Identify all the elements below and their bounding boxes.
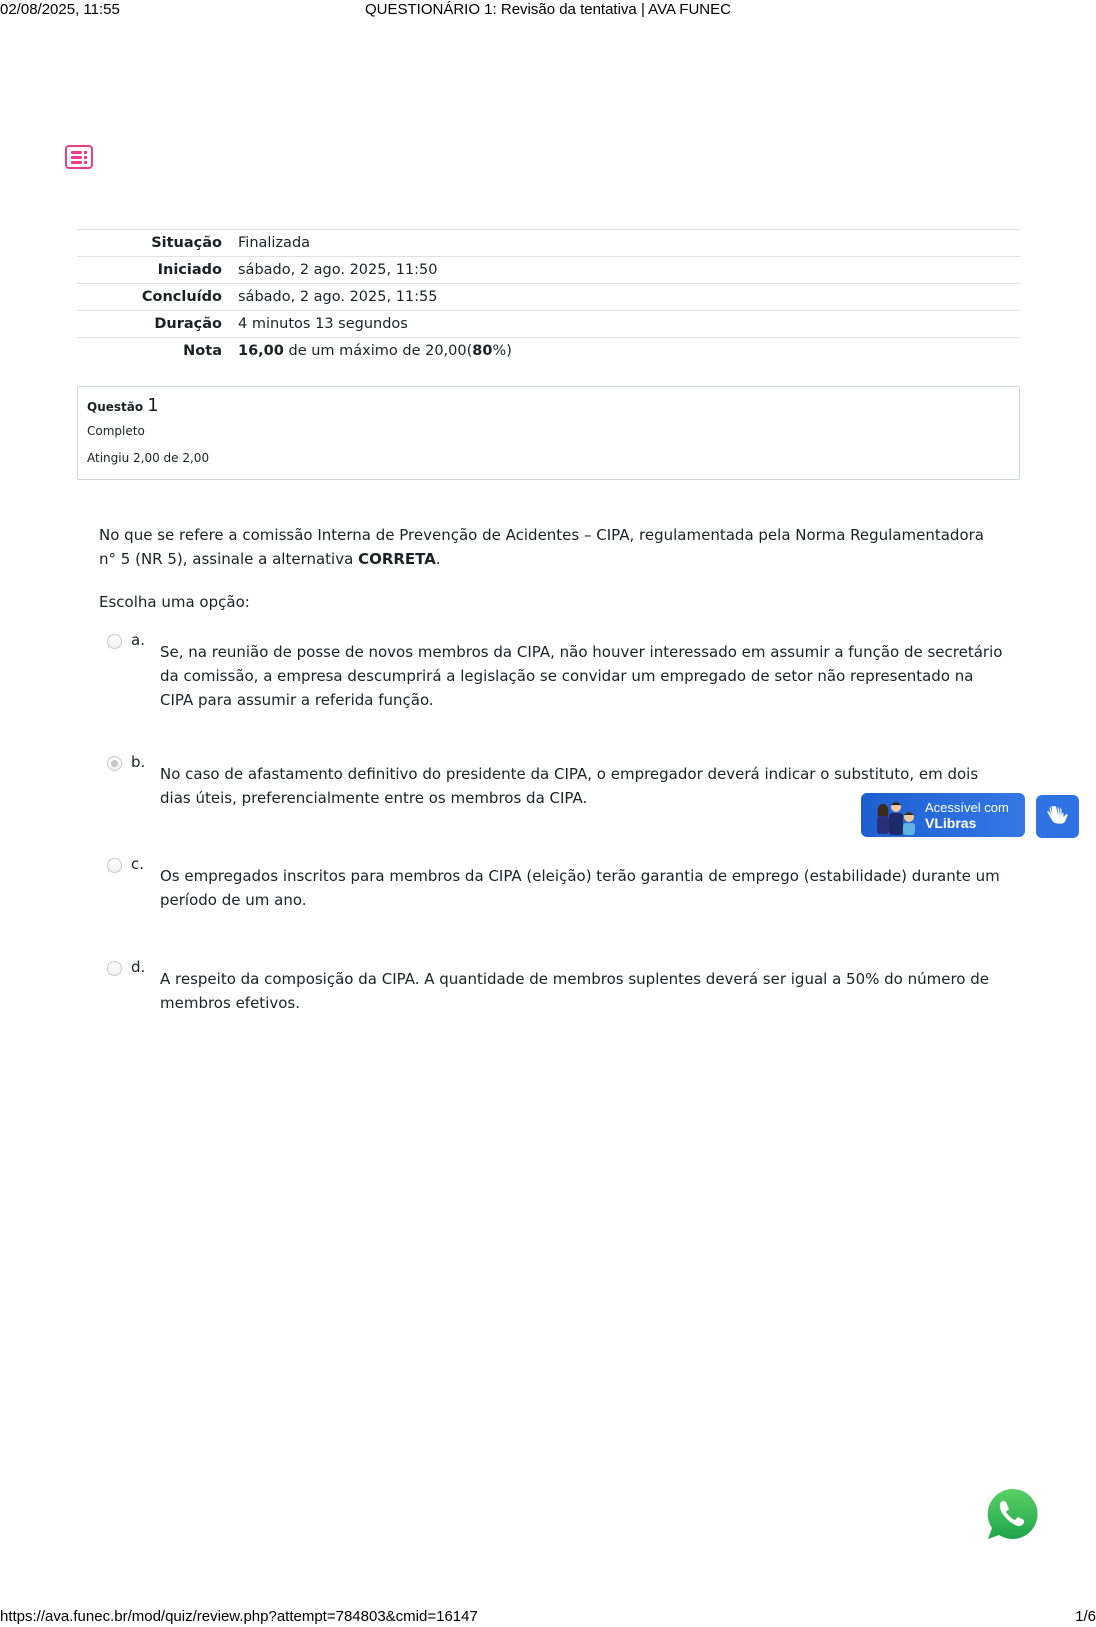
summary-value: 4 minutos 13 segundos	[232, 311, 1020, 338]
option-text: A respeito da composição da CIPA. A quan…	[160, 967, 1010, 1015]
summary-row-duration: Duração 4 minutos 13 segundos	[77, 311, 1020, 338]
summary-value: sábado, 2 ago. 2025, 11:55	[232, 284, 1020, 311]
option-letter: c.	[131, 852, 144, 876]
hand-glyph	[1045, 803, 1071, 829]
option-letter: a.	[131, 628, 145, 652]
summary-row-grade: Nota 16,00 de um máximo de 20,00(80%)	[77, 338, 1020, 365]
question-text-bold: CORRETA	[358, 550, 436, 568]
print-page-number: 1/6	[1075, 1608, 1096, 1625]
list-check-icon[interactable]	[65, 145, 93, 169]
question-info-box: Questão 1 Completo Atingiu 2,00 de 2,00	[77, 386, 1020, 480]
summary-label: Nota	[77, 338, 232, 365]
summary-label: Iniciado	[77, 257, 232, 284]
print-page-title: QUESTIONÁRIO 1: Revisão da tentativa | A…	[0, 1, 1096, 18]
option-text: Se, na reunião de posse de novos membros…	[160, 640, 1010, 712]
question-grade: Atingiu 2,00 de 2,00	[87, 451, 1010, 465]
summary-label: Situação	[77, 230, 232, 257]
grade-score: 16,00	[238, 343, 284, 359]
sign-language-hand-icon[interactable]	[1036, 795, 1079, 838]
radio-button[interactable]	[107, 858, 122, 873]
radio-button[interactable]	[107, 961, 122, 976]
print-footer: https://ava.funec.br/mod/quiz/review.php…	[0, 1605, 1096, 1627]
question-number: Questão 1	[87, 395, 1010, 417]
option-letter: b.	[131, 750, 145, 774]
vlibras-avatars-icon	[873, 798, 919, 836]
answer-prompt: Escolha uma opção:	[99, 593, 250, 611]
question-state: Completo	[87, 424, 1010, 438]
whatsapp-icon[interactable]	[984, 1486, 1040, 1542]
print-url: https://ava.funec.br/mod/quiz/review.php…	[0, 1608, 478, 1625]
attempt-summary-table: Situação Finalizada Iniciado sábado, 2 a…	[77, 229, 1020, 365]
summary-row-completed: Concluído sábado, 2 ago. 2025, 11:55	[77, 284, 1020, 311]
summary-label: Duração	[77, 311, 232, 338]
summary-value: Finalizada	[232, 230, 1020, 257]
vlibras-label-line1: Acessível com	[925, 800, 1009, 815]
summary-row-state: Situação Finalizada	[77, 230, 1020, 257]
option-letter: d.	[131, 955, 145, 979]
grade-percent: 80	[472, 343, 492, 359]
summary-value: sábado, 2 ago. 2025, 11:50	[232, 257, 1020, 284]
question-text: No que se refere a comissão Interna de P…	[99, 523, 999, 571]
grade-middle: de um máximo de 20,00(	[284, 343, 472, 359]
radio-button-selected[interactable]	[107, 756, 122, 771]
print-header: 02/08/2025, 11:55 QUESTIONÁRIO 1: Revisã…	[0, 0, 1096, 22]
radio-button[interactable]	[107, 634, 122, 649]
summary-value: 16,00 de um máximo de 20,00(80%)	[232, 338, 1020, 365]
option-text: Os empregados inscritos para membros da …	[160, 864, 1010, 912]
vlibras-label-line2: VLibras	[925, 815, 976, 831]
summary-label: Concluído	[77, 284, 232, 311]
grade-suffix: %)	[492, 343, 511, 359]
vlibras-badge[interactable]: Acessível com VLibras	[861, 793, 1025, 837]
question-number-value: 1	[147, 395, 158, 416]
summary-row-started: Iniciado sábado, 2 ago. 2025, 11:50	[77, 257, 1020, 284]
